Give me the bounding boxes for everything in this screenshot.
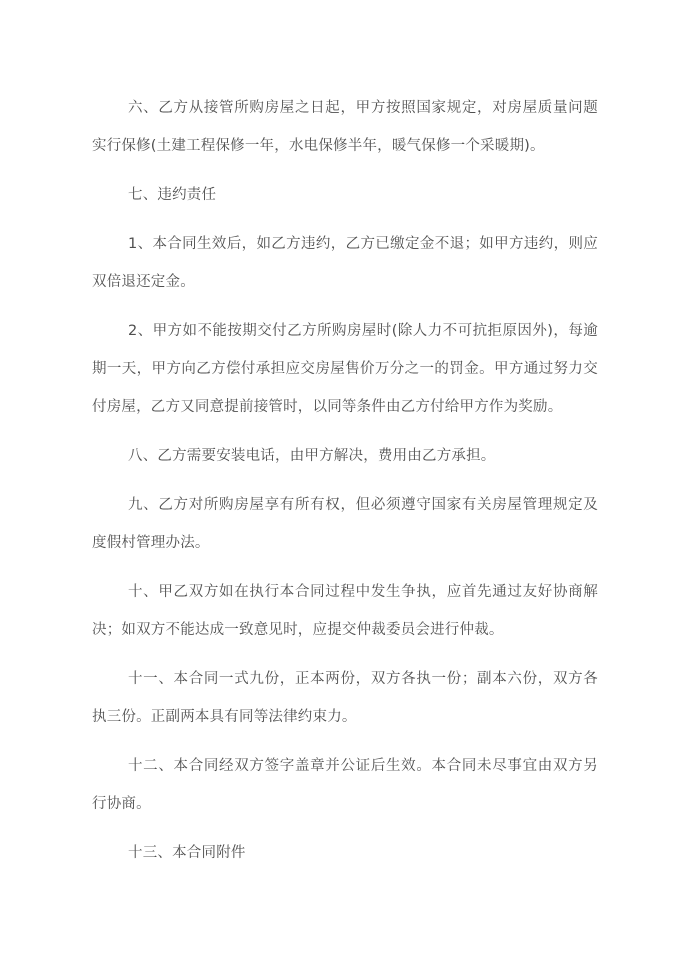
clause-seven-heading-breach-liability: 七、违约责任	[92, 176, 598, 214]
contract-document-page: 六、乙方从接管所购房屋之日起，甲方按照国家规定，对房屋质量问题实行保修(土建工程…	[0, 0, 690, 976]
clause-eleven-copies: 十一、本合同一式九份，正本两份，双方各执一份；副本六份，双方各执三份。正副两本具…	[92, 660, 598, 736]
clause-seven-item-2-late-delivery-penalty: 2、甲方如不能按期交付乙方所购房屋时(除人力不可抗拒原因外)，每逾期一天，甲方向…	[92, 312, 598, 426]
clause-seven-item-1-deposit: 1、本合同生效后，如乙方违约，乙方已缴定金不退；如甲方违约，则应双倍退还定金。	[92, 225, 598, 301]
clause-twelve-effectiveness: 十二、本合同经双方签字盖章并公证后生效。本合同未尽事宜由双方另行协商。	[92, 747, 598, 823]
contract-text-block: 六、乙方从接管所购房屋之日起，甲方按照国家规定，对房屋质量问题实行保修(土建工程…	[0, 0, 690, 872]
clause-thirteen-heading-attachments: 十三、本合同附件	[92, 834, 598, 872]
clause-eight-telephone-installation: 八、乙方需要安装电话，由甲方解决，费用由乙方承担。	[92, 437, 598, 475]
clause-nine-ownership-rights: 九、乙方对所购房屋享有所有权，但必须遵守国家有关房屋管理规定及度假村管理办法。	[92, 486, 598, 562]
clause-six-warranty: 六、乙方从接管所购房屋之日起，甲方按照国家规定，对房屋质量问题实行保修(土建工程…	[92, 89, 598, 165]
clause-ten-dispute-resolution: 十、甲乙双方如在执行本合同过程中发生争执，应首先通过友好协商解决；如双方不能达成…	[92, 573, 598, 649]
